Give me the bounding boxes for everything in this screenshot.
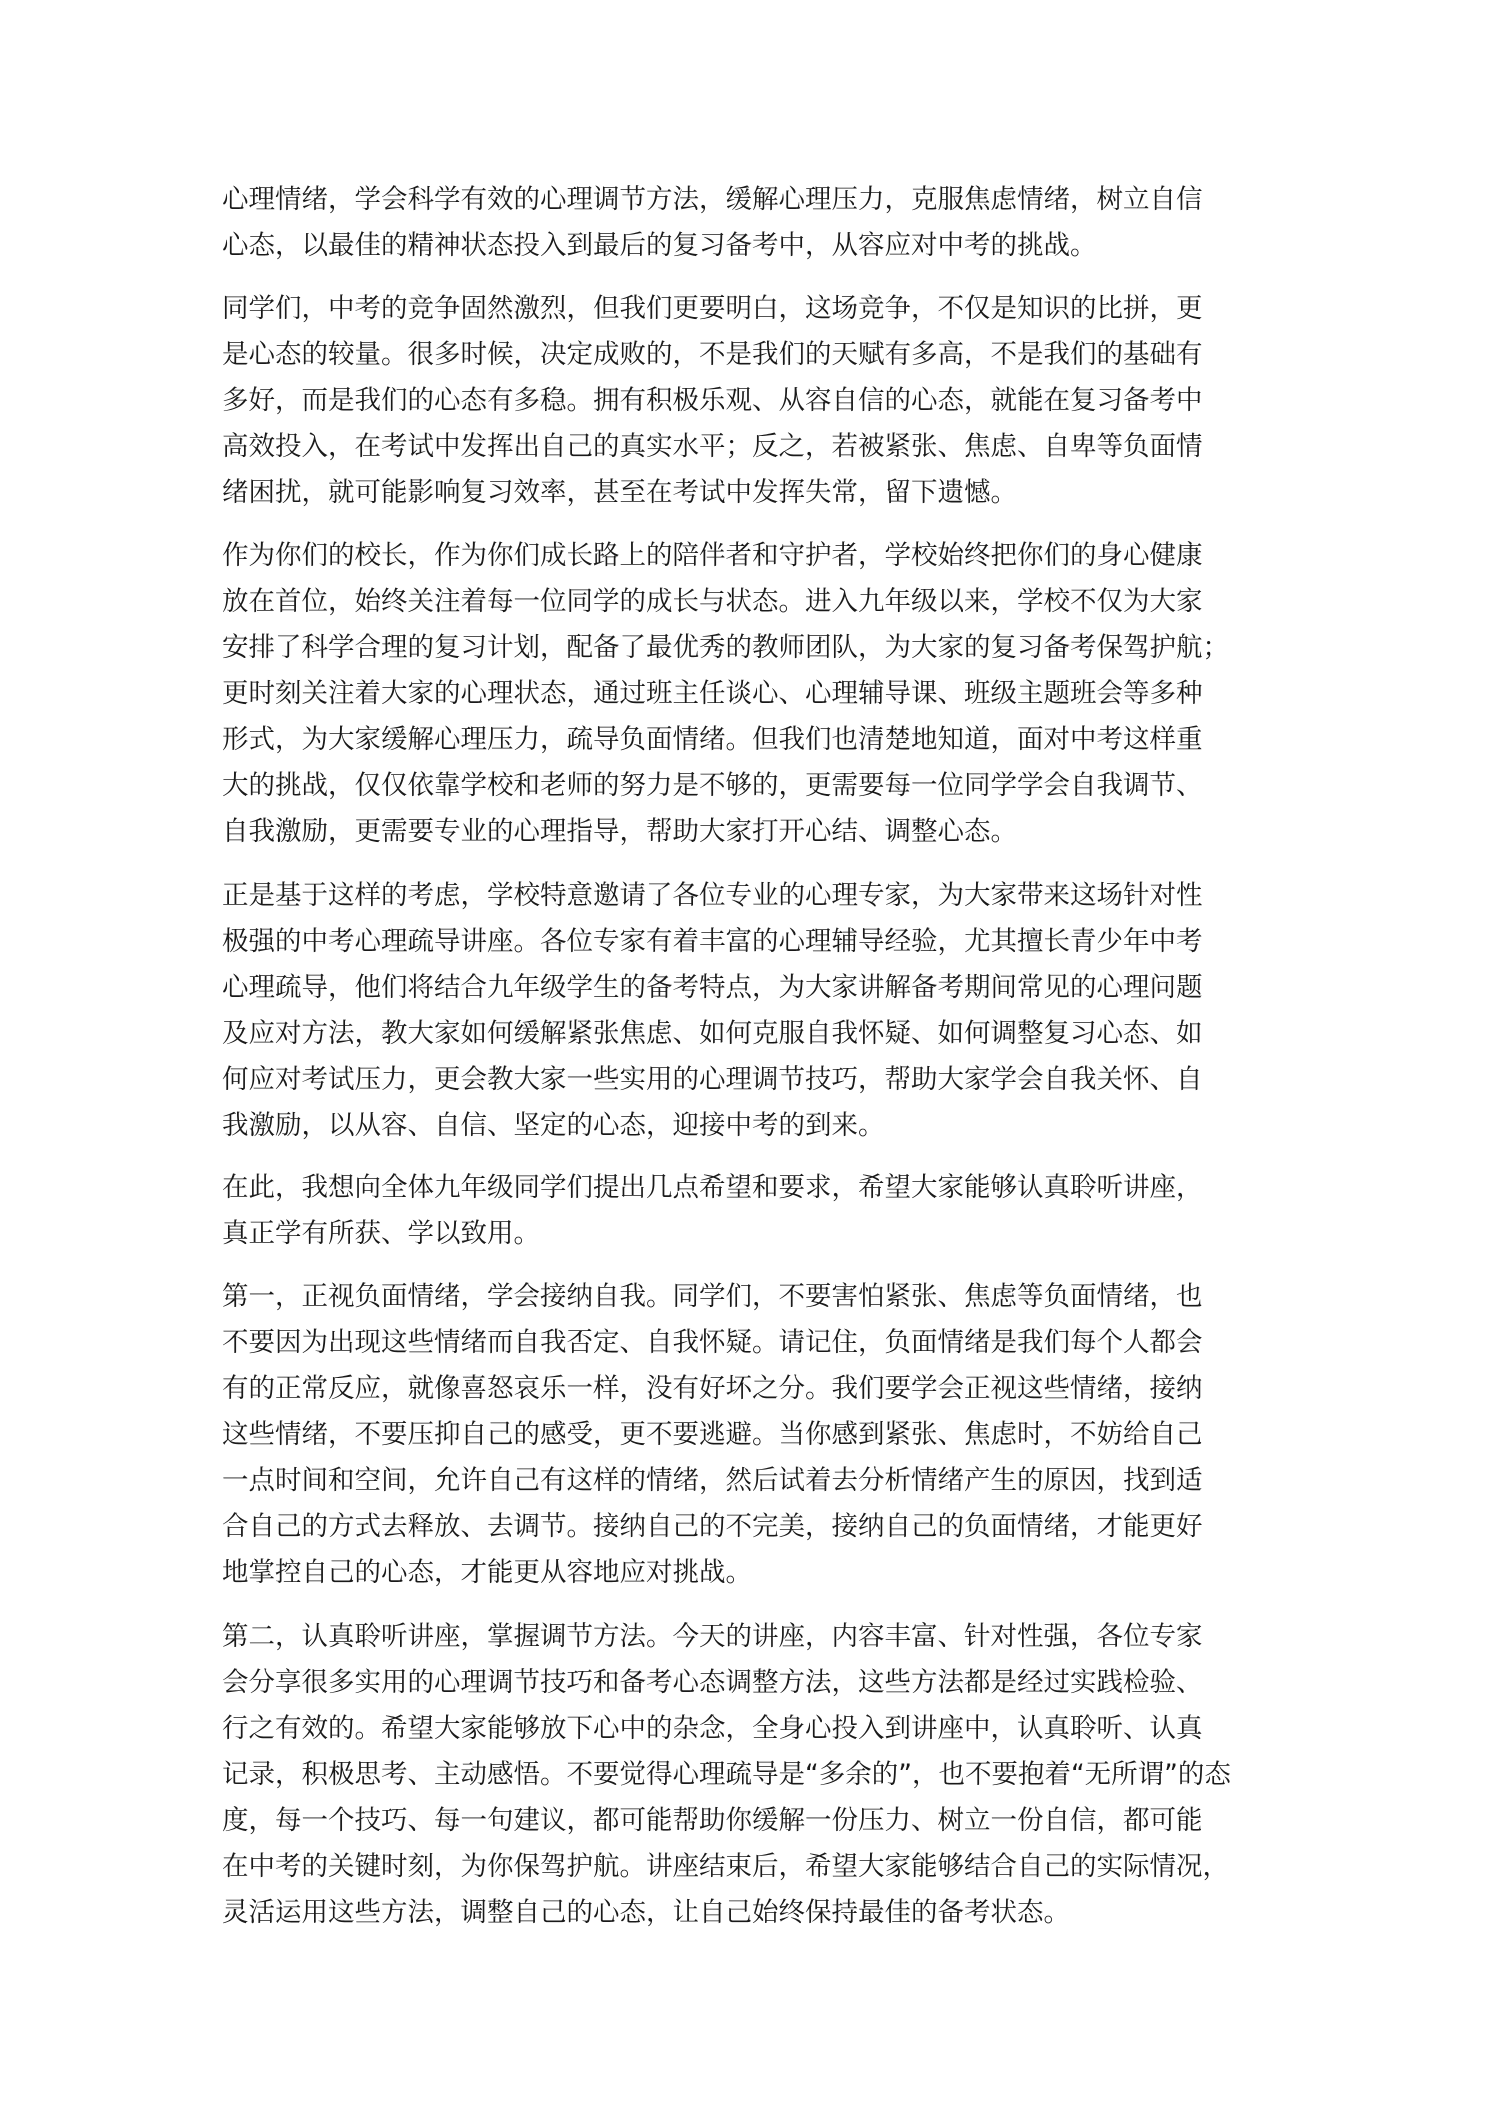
text-line: 第一，正视负面情绪，学会接纳自我。同学们，不要害怕紧张、焦虑等负面情绪，也	[222, 1279, 1203, 1315]
text-line: 作为你们的校长，作为你们成长路上的陪伴者和守护者，学校始终把你们的身心健康	[222, 538, 1203, 574]
text-line: 在中考的关键时刻，为你保驾护航。讲座结束后，希望大家能够结合自己的实际情况，	[222, 1849, 1229, 1885]
text-line: 记录，积极思考、主动感悟。不要觉得心理疏导是“多余的”，也不要抱着“无所谓”的态	[222, 1757, 1231, 1793]
text-line: 放在首位，始终关注着每一位同学的成长与状态。进入九年级以来，学校不仅为大家	[222, 584, 1203, 620]
text-line: 绪困扰，就可能影响复习效率，甚至在考试中发挥失常，留下遗憾。	[222, 475, 1017, 511]
text-line: 心理疏导，他们将结合九年级学生的备考特点，为大家讲解备考期间常见的心理问题	[222, 970, 1203, 1006]
text-line: 在此，我想向全体九年级同学们提出几点希望和要求，希望大家能够认真聆听讲座，	[222, 1170, 1203, 1206]
text-line: 同学们，中考的竞争固然激烈，但我们更要明白，这场竞争，不仅是知识的比拼，更	[222, 291, 1203, 327]
text-line: 合自己的方式去释放、去调节。接纳自己的不完美，接纳自己的负面情绪，才能更好	[222, 1509, 1203, 1545]
text-line: 安排了科学合理的复习计划，配备了最优秀的教师团队，为大家的复习备考保驾护航；	[222, 630, 1229, 666]
text-line: 自我激励，更需要专业的心理指导，帮助大家打开心结、调整心态。	[222, 814, 1017, 850]
text-line: 高效投入，在考试中发挥出自己的真实水平；反之，若被紧张、焦虑、自卑等负面情	[222, 429, 1203, 465]
text-line: 有的正常反应，就像喜怒哀乐一样，没有好坏之分。我们要学会正视这些情绪，接纳	[222, 1371, 1203, 1407]
text-line: 真正学有所获、学以致用。	[222, 1216, 540, 1252]
text-line: 形式，为大家缓解心理压力，疏导负面情绪。但我们也清楚地知道，面对中考这样重	[222, 722, 1203, 758]
text-line: 正是基于这样的考虑，学校特意邀请了各位专业的心理专家，为大家带来这场针对性	[222, 878, 1203, 914]
text-line: 不要因为出现这些情绪而自我否定、自我怀疑。请记住，负面情绪是我们每个人都会	[222, 1325, 1203, 1361]
text-line: 我激励，以从容、自信、坚定的心态，迎接中考的到来。	[222, 1108, 885, 1144]
text-line: 及应对方法，教大家如何缓解紧张焦虑、如何克服自我怀疑、如何调整复习心态、如	[222, 1016, 1203, 1052]
text-line: 极强的中考心理疏导讲座。各位专家有着丰富的心理辅导经验，尤其擅长青少年中考	[222, 924, 1203, 960]
text-line: 心态，以最佳的精神状态投入到最后的复习备考中，从容应对中考的挑战。	[222, 228, 1097, 264]
text-line: 度，每一个技巧、每一句建议，都可能帮助你缓解一份压力、树立一份自信，都可能	[222, 1803, 1203, 1839]
text-line: 灵活运用这些方法，调整自己的心态，让自己始终保持最佳的备考状态。	[222, 1895, 1070, 1931]
text-line: 地掌控自己的心态，才能更从容地应对挑战。	[222, 1555, 752, 1591]
text-line: 会分享很多实用的心理调节技巧和备考心态调整方法，这些方法都是经过实践检验、	[222, 1665, 1203, 1701]
text-line: 心理情绪，学会科学有效的心理调节方法，缓解心理压力，克服焦虑情绪，树立自信	[222, 182, 1203, 218]
text-line: 行之有效的。希望大家能够放下心中的杂念，全身心投入到讲座中，认真聆听、认真	[222, 1711, 1203, 1747]
text-line: 第二，认真聆听讲座，掌握调节方法。今天的讲座，内容丰富、针对性强，各位专家	[222, 1619, 1203, 1655]
text-line: 更时刻关注着大家的心理状态，通过班主任谈心、心理辅导课、班级主题班会等多种	[222, 676, 1203, 712]
text-line: 何应对考试压力，更会教大家一些实用的心理调节技巧，帮助大家学会自我关怀、自	[222, 1062, 1203, 1098]
text-line: 是心态的较量。很多时候，决定成败的，不是我们的天赋有多高，不是我们的基础有	[222, 337, 1203, 373]
text-line: 大的挑战，仅仅依靠学校和老师的努力是不够的，更需要每一位同学学会自我调节、	[222, 768, 1203, 804]
text-line: 一点时间和空间，允许自己有这样的情绪，然后试着去分析情绪产生的原因，找到适	[222, 1463, 1203, 1499]
text-line: 多好，而是我们的心态有多稳。拥有积极乐观、从容自信的心态，就能在复习备考中	[222, 383, 1203, 419]
document-page: 心理情绪，学会科学有效的心理调节方法，缓解心理压力，克服焦虑情绪，树立自信 心态…	[0, 0, 1493, 2112]
text-line: 这些情绪，不要压抑自己的感受，更不要逃避。当你感到紧张、焦虑时，不妨给自己	[222, 1417, 1203, 1453]
